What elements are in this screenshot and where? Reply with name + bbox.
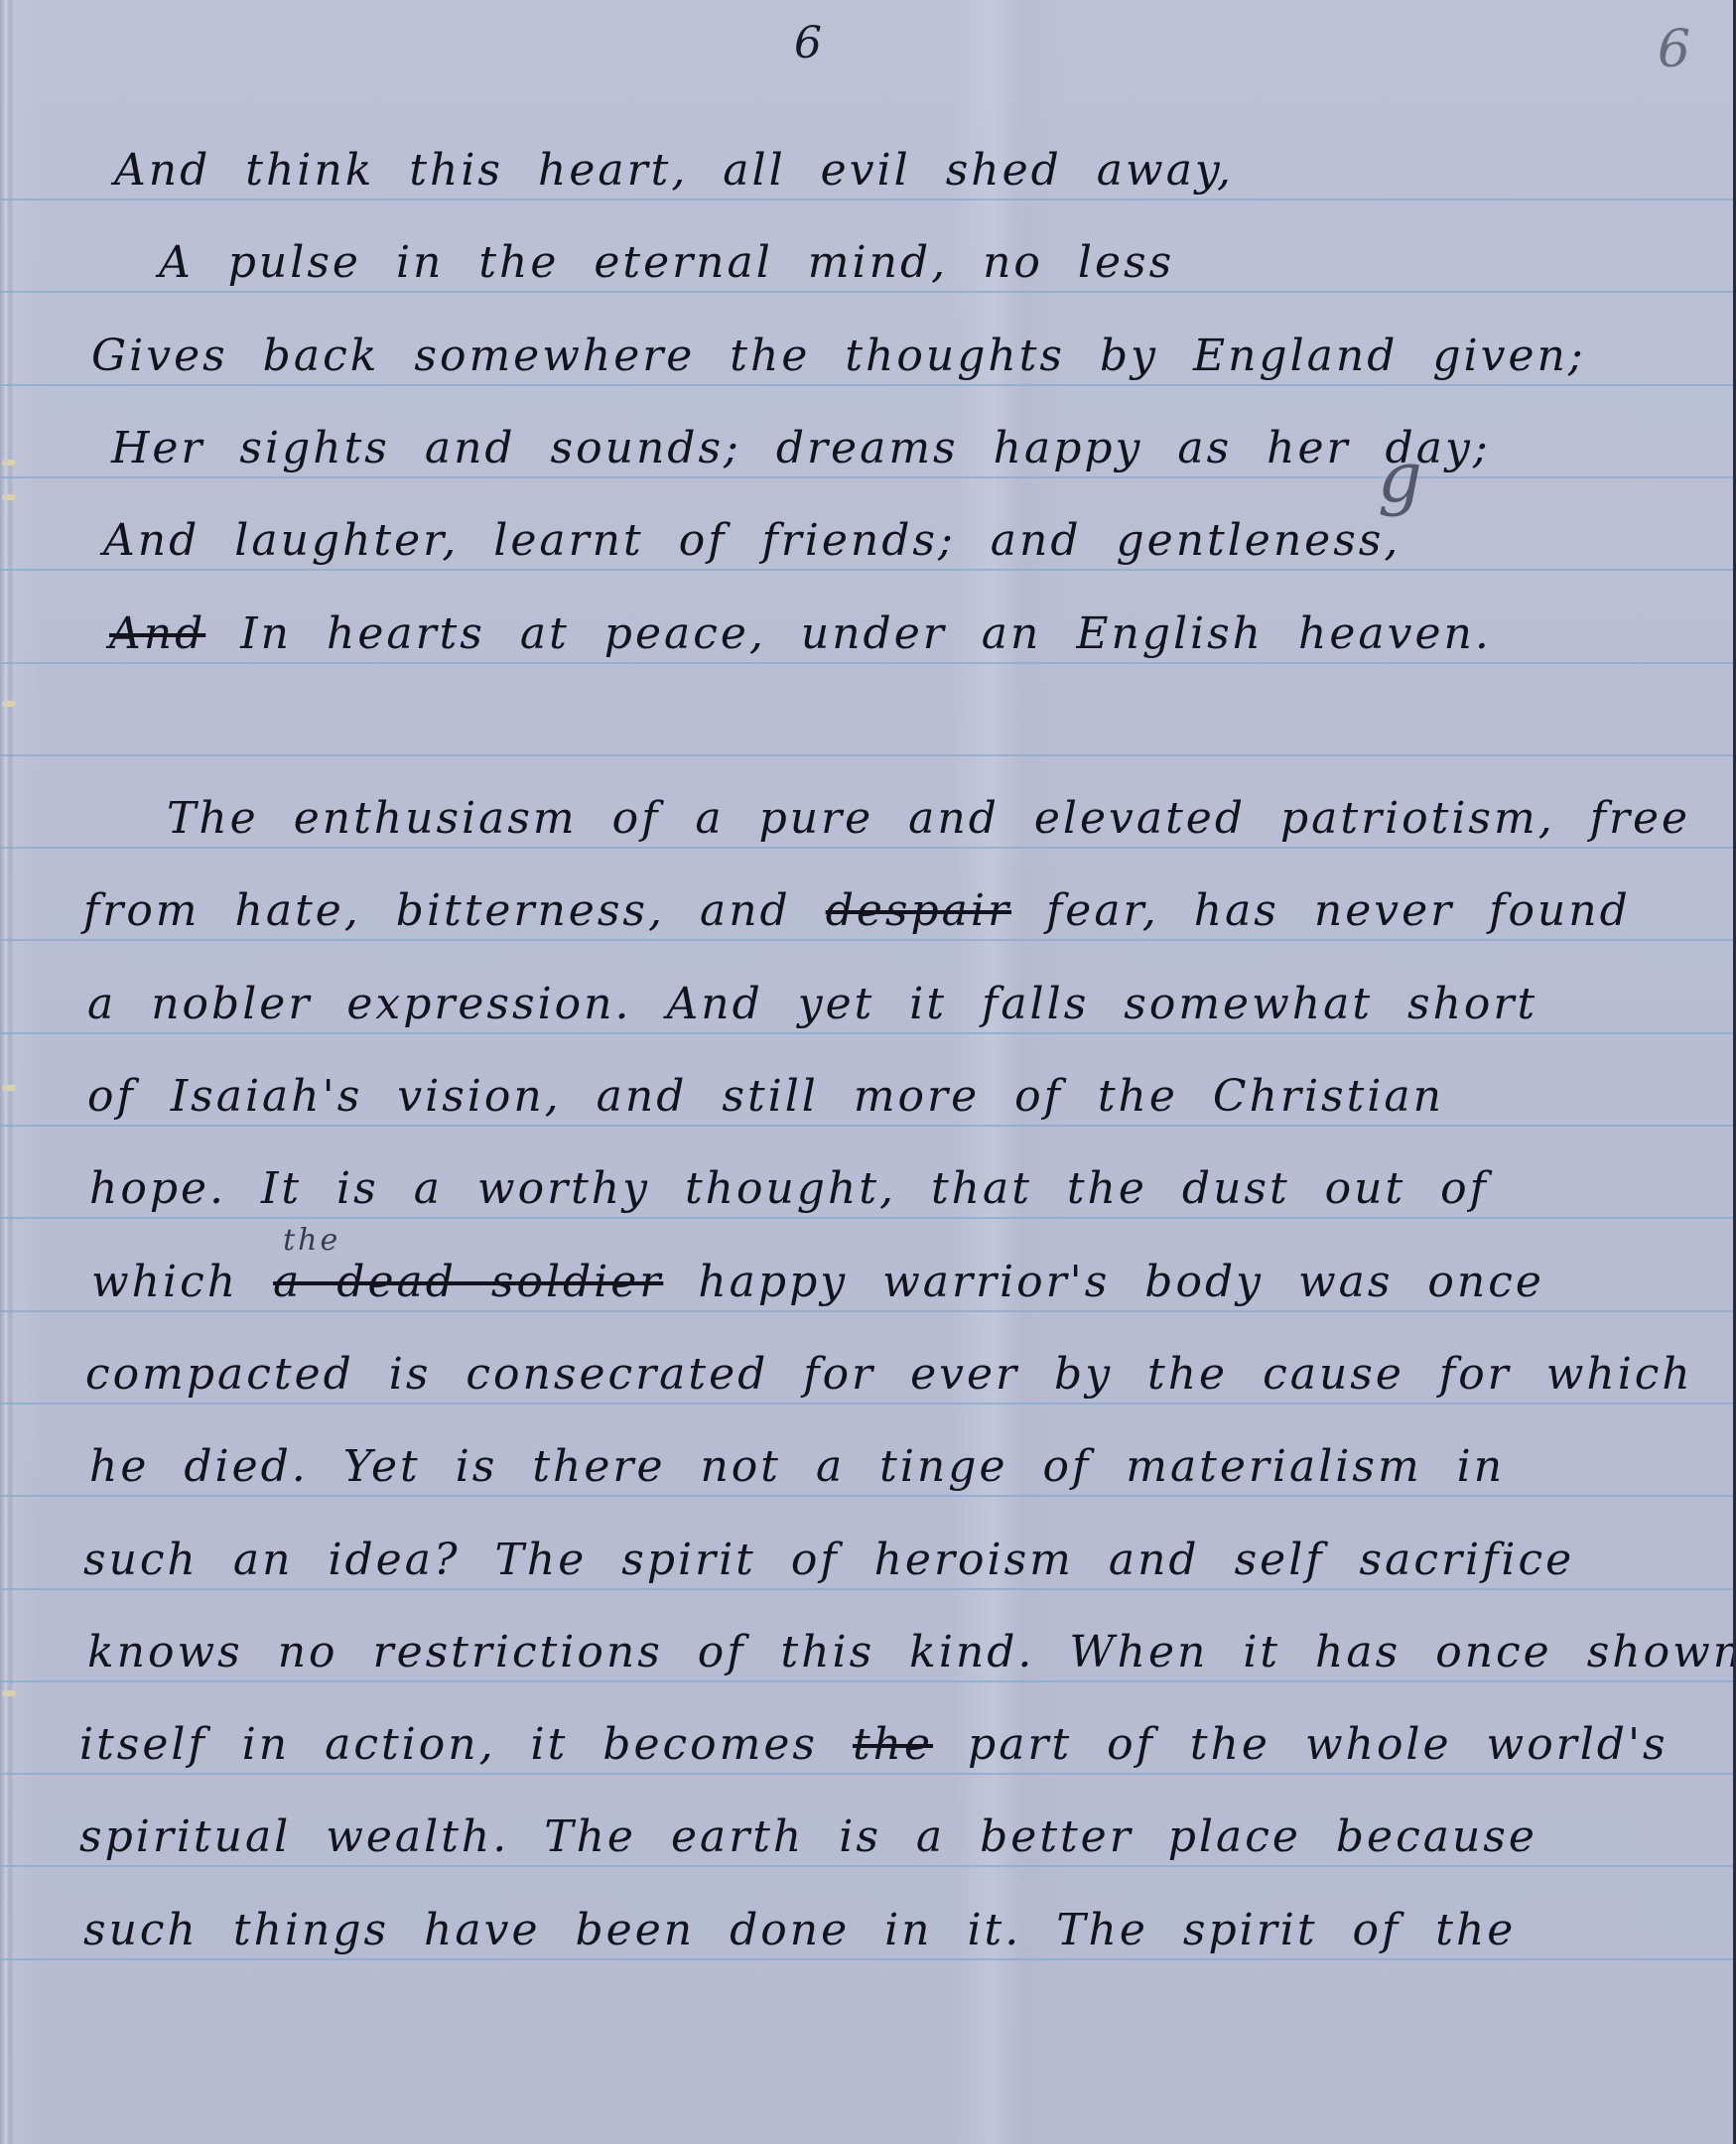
binding-mark (2, 460, 16, 466)
text-line: itself in action, it becomes the part of… (79, 1719, 1669, 1779)
text-line: hope. It is a worthy thought, that the d… (89, 1163, 1489, 1223)
text-line: Gives back somewhere the thoughts by Eng… (91, 331, 1586, 390)
deleted-word: And (109, 608, 205, 659)
page-number: 6 (794, 18, 822, 68)
text-line: a nobler expression. And yet it falls so… (87, 979, 1537, 1038)
text-line: such an idea? The spirit of heroism and … (83, 1535, 1574, 1594)
text-line: Her sights and sounds; dreams happy as h… (111, 423, 1491, 482)
text-line: And In hearts at peace, under an English… (109, 608, 1492, 668)
text-line: knows no restrictions of this kind. When… (87, 1627, 1736, 1686)
text-line: And think this heart, all evil shed away… (114, 145, 1234, 204)
text-line: spiritual wealth. The earth is a better … (79, 1811, 1537, 1871)
binding-mark (2, 1690, 16, 1696)
binding-mark (2, 701, 16, 707)
text-line: A pulse in the eternal mind, no less (159, 237, 1174, 297)
text-line: from hate, bitterness, and despair fear,… (83, 885, 1631, 945)
deleted-word: the (853, 1719, 933, 1770)
ruled-line (0, 754, 1733, 756)
text-line: he died. Yet is there not a tinge of mat… (89, 1441, 1505, 1501)
manuscript-page: 6 6 And think this heart, all evil shed … (0, 0, 1736, 2144)
text-line: And laughter, learnt of friends; and gen… (103, 515, 1401, 575)
inserted-word: the (283, 1223, 340, 1258)
text-line: such things have been done in it. The sp… (83, 1905, 1516, 1964)
text-line: which the a dead soldier happy warrior's… (91, 1257, 1544, 1316)
archive-page-number: 6 (1658, 20, 1690, 79)
binding-mark (2, 494, 16, 500)
text-line: The enthusiasm of a pure and elevated pa… (167, 793, 1690, 853)
text-line: compacted is consecrated for ever by the… (85, 1349, 1693, 1408)
deleted-word: a dead soldier (273, 1257, 663, 1307)
pencil-mark: g (1378, 437, 1422, 518)
binding-mark (2, 1085, 16, 1091)
text-line: of Isaiah's vision, and still more of th… (87, 1071, 1444, 1131)
deleted-word: despair (826, 885, 1011, 936)
